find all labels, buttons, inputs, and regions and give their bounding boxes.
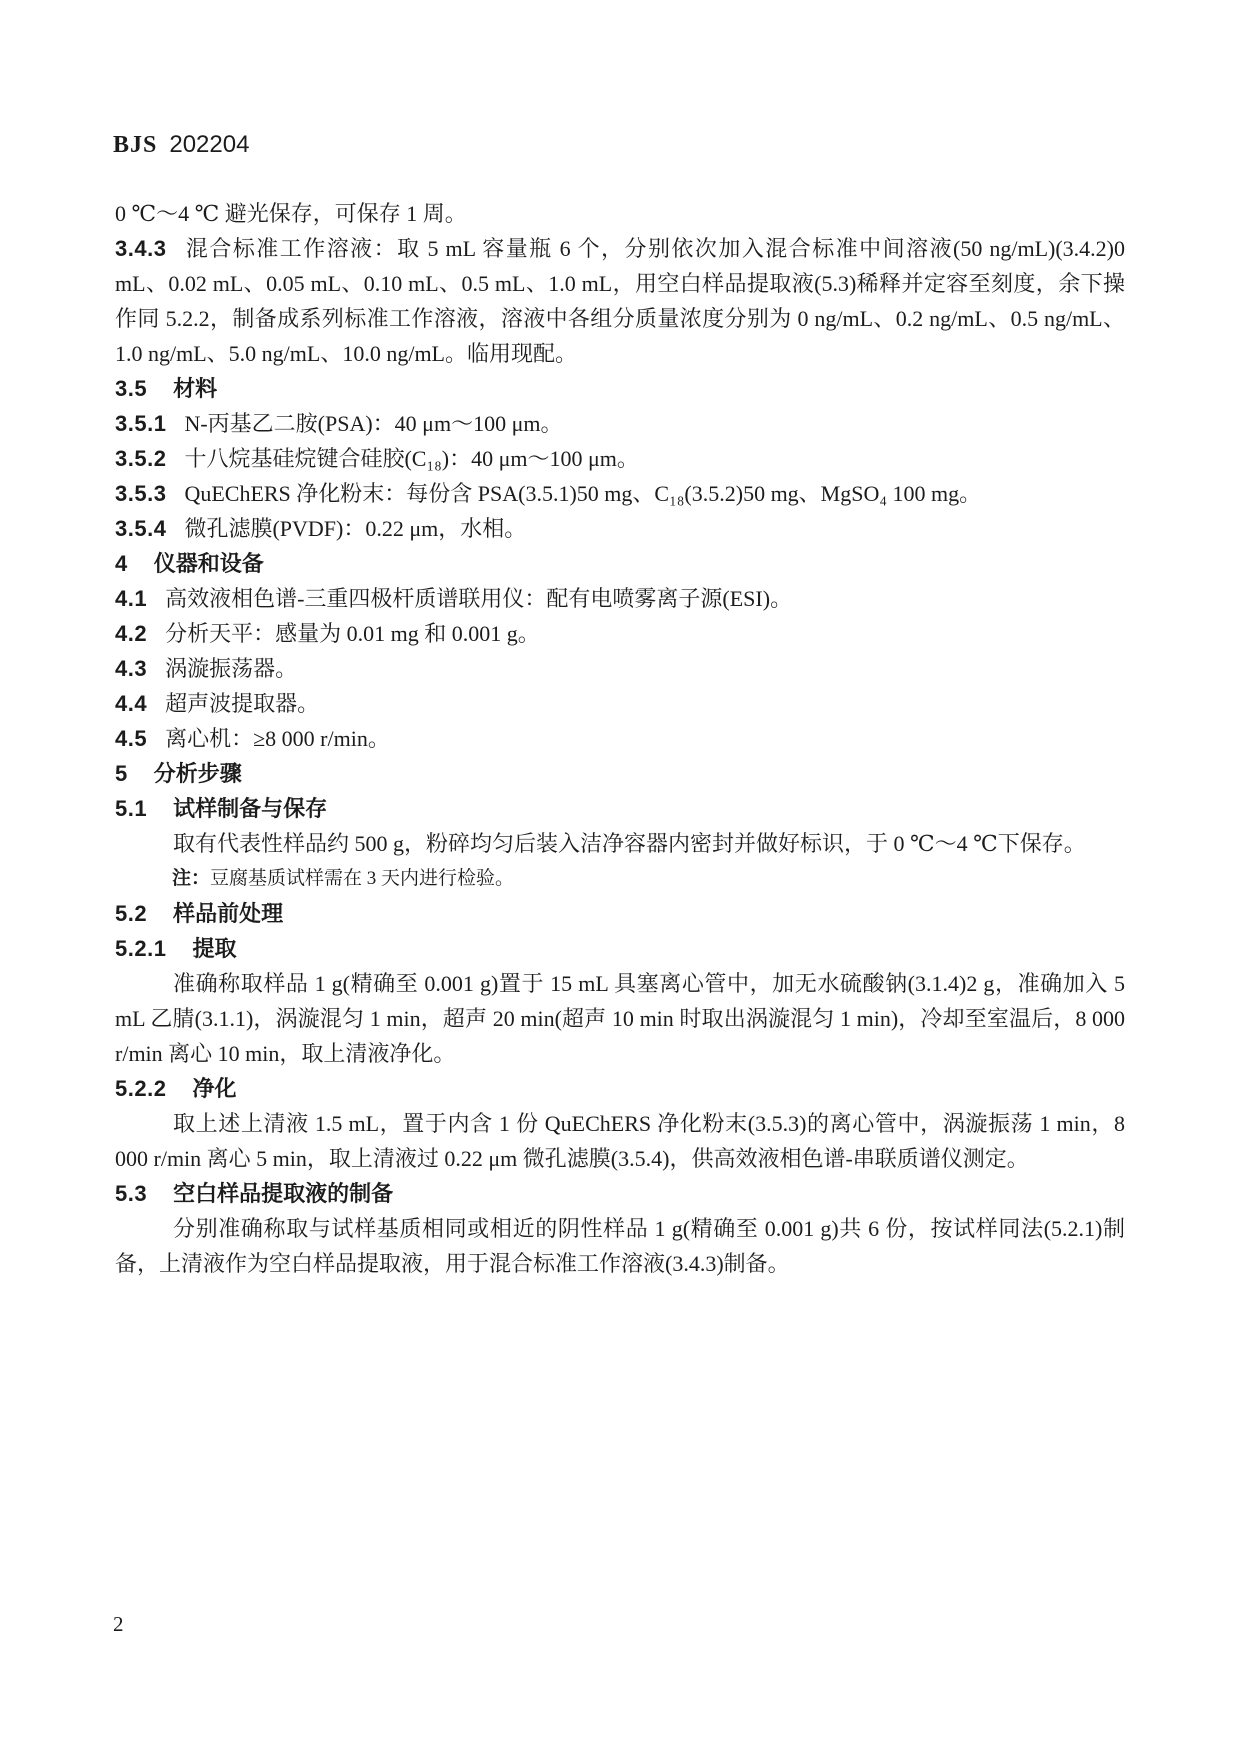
chapter-heading: 5分析步骤 — [115, 756, 1125, 791]
section-heading: 3.5材料 — [115, 371, 1125, 406]
body-paragraph: 分别准确称取与试样基质相同或相近的阴性样品 1 g(精确至 0.001 g)共 … — [115, 1211, 1125, 1281]
clause-text: 混合标准工作溶液：取 5 mL 容量瓶 6 个，分别依次加入混合标准中间溶液(5… — [115, 236, 1125, 366]
section-heading: 5.2.2净化 — [115, 1071, 1125, 1106]
heading-title: 净化 — [192, 1076, 236, 1101]
section-heading: 5.2.1提取 — [115, 931, 1125, 966]
continuation-paragraph: 0 ℃～4 ℃ 避光保存，可保存 1 周。 — [115, 196, 1125, 231]
clause-number: 4.4 — [115, 691, 147, 716]
heading-number: 5.2 — [115, 901, 147, 926]
clause-paragraph: 4.4超声波提取器。 — [115, 686, 1125, 721]
body-paragraph: 取上述上清液 1.5 mL，置于内含 1 份 QuEChERS 净化粉末(3.5… — [115, 1106, 1125, 1176]
heading-number: 3.5 — [115, 376, 147, 401]
clause-number: 3.5.4 — [115, 516, 166, 541]
clause-text: QuEChERS 净化粉末：每份含 PSA(3.5.1)50 mg、C₁₈(3.… — [184, 481, 981, 506]
heading-title: 试样制备与保存 — [173, 796, 327, 821]
clause-paragraph: 3.5.1N-丙基乙二胺(PSA)：40 μm～100 μm。 — [115, 406, 1125, 441]
clause-text: 分析天平：感量为 0.01 mg 和 0.001 g。 — [165, 621, 540, 646]
heading-title: 分析步骤 — [154, 761, 242, 786]
clause-text: 涡漩振荡器。 — [165, 656, 297, 681]
heading-number: 5.2.2 — [115, 1076, 166, 1101]
page-number: 2 — [113, 1607, 124, 1642]
clause-number: 4.5 — [115, 726, 147, 751]
clause-text: N-丙基乙二胺(PSA)：40 μm～100 μm。 — [184, 411, 562, 436]
clause-text: 十八烷基硅烷键合硅胶(C₁₈)：40 μm～100 μm。 — [184, 446, 638, 471]
clause-number: 3.5.1 — [115, 411, 166, 436]
heading-title: 空白样品提取液的制备 — [173, 1181, 393, 1206]
clause-text: 微孔滤膜(PVDF)：0.22 μm，水相。 — [184, 516, 526, 541]
clause-paragraph: 3.5.3QuEChERS 净化粉末：每份含 PSA(3.5.1)50 mg、C… — [115, 476, 1125, 511]
clause-text: 高效液相色谱-三重四极杆质谱联用仪：配有电喷雾离子源(ESI)。 — [165, 586, 792, 611]
clause-paragraph: 4.5离心机：≥8 000 r/min。 — [115, 721, 1125, 756]
clause-number: 3.5.3 — [115, 481, 166, 506]
clause-number: 4.1 — [115, 586, 147, 611]
clause-paragraph: 3.5.4微孔滤膜(PVDF)：0.22 μm，水相。 — [115, 511, 1125, 546]
note-label: 注： — [172, 868, 210, 889]
standard-code: BJS202204 — [113, 131, 249, 159]
standard-code-prefix: BJS — [113, 132, 157, 158]
section-heading: 5.3空白样品提取液的制备 — [115, 1176, 1125, 1211]
clause-text: 超声波提取器。 — [165, 691, 319, 716]
section-heading: 5.2样品前处理 — [115, 896, 1125, 931]
clause-number: 3.4.3 — [115, 236, 166, 261]
clause-paragraph: 4.2分析天平：感量为 0.01 mg 和 0.001 g。 — [115, 616, 1125, 651]
heading-title: 样品前处理 — [173, 901, 283, 926]
heading-number: 5.2.1 — [115, 936, 166, 961]
clause-number: 4.3 — [115, 656, 147, 681]
heading-title: 仪器和设备 — [154, 551, 264, 576]
document-page: BJS202204 0 ℃～4 ℃ 避光保存，可保存 1 周。3.4.3混合标准… — [0, 0, 1240, 1754]
heading-number: 4 — [115, 551, 128, 576]
note: 注：豆腐基质试样需在 3 天内进行检验。 — [115, 861, 1125, 896]
heading-title: 材料 — [173, 376, 217, 401]
body-paragraph: 取有代表性样品约 500 g，粉碎均匀后装入洁净容器内密封并做好标识，于 0 ℃… — [115, 826, 1125, 861]
chapter-heading: 4仪器和设备 — [115, 546, 1125, 581]
clause-number: 3.5.2 — [115, 446, 166, 471]
standard-code-number: 202204 — [169, 131, 249, 158]
heading-number: 5 — [115, 761, 128, 786]
section-heading: 5.1试样制备与保存 — [115, 791, 1125, 826]
clause-paragraph: 4.3涡漩振荡器。 — [115, 651, 1125, 686]
clause-number: 4.2 — [115, 621, 147, 646]
clause-paragraph: 3.4.3混合标准工作溶液：取 5 mL 容量瓶 6 个，分别依次加入混合标准中… — [115, 231, 1125, 371]
heading-number: 5.1 — [115, 796, 147, 821]
note-text: 豆腐基质试样需在 3 天内进行检验。 — [210, 868, 514, 889]
heading-title: 提取 — [192, 936, 236, 961]
clause-paragraph: 3.5.2十八烷基硅烷键合硅胶(C₁₈)：40 μm～100 μm。 — [115, 441, 1125, 476]
clause-text: 离心机：≥8 000 r/min。 — [165, 726, 390, 751]
clause-paragraph: 4.1高效液相色谱-三重四极杆质谱联用仪：配有电喷雾离子源(ESI)。 — [115, 581, 1125, 616]
heading-number: 5.3 — [115, 1181, 147, 1206]
document-body: 0 ℃～4 ℃ 避光保存，可保存 1 周。3.4.3混合标准工作溶液：取 5 m… — [0, 0, 1240, 1281]
body-paragraph: 准确称取样品 1 g(精确至 0.001 g)置于 15 mL 具塞离心管中，加… — [115, 966, 1125, 1071]
